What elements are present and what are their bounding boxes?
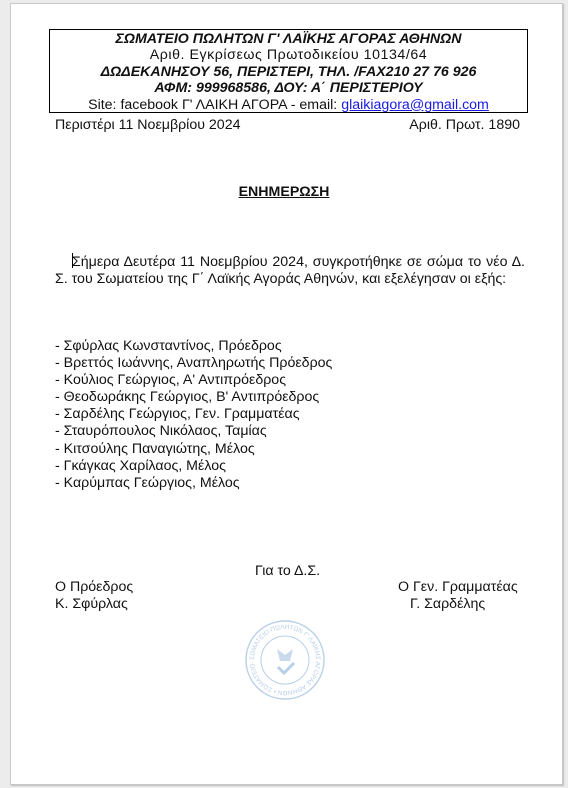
protocol-number: Αριθ. Πρωτ. 1890 <box>409 117 520 134</box>
date-line: Περιστέρι 11 Νοεμβρίου 2024 Αριθ. Πρωτ. … <box>55 117 520 134</box>
secretary-name: Γ. Σαρδέλης <box>398 596 518 613</box>
contact-line: Site: facebook Γ' ΛΑΙΚΗ ΑΓΟΡΑ - email: g… <box>50 97 527 113</box>
tax-info: ΑΦΜ: 999968586, ΔΟΥ: Α΄ ΠΕΡΙΣΤΕΡΙΟΥ <box>50 80 527 96</box>
board-member-item: - Γκάγκας Χαρίλαος, Μέλος <box>55 458 332 475</box>
board-member-item: - Βρεττός Ιωάννης, Αναπληρωτής Πρόεδρος <box>55 355 332 372</box>
board-member-item: - Κούλιος Γεώργιος, Α' Αντιπρόεδρος <box>55 372 332 389</box>
body-paragraph[interactable]: Σήμερα Δευτέρα 11 Νοεμβρίου 2024, συγκρο… <box>55 253 525 288</box>
president-role: Ο Πρόεδρος <box>55 579 133 596</box>
body-text: Σήμερα Δευτέρα 11 Νοεμβρίου 2024, συγκρο… <box>55 254 525 287</box>
board-member-item: - Σταυρόπουλος Νικόλαος, Ταμίας <box>55 423 332 440</box>
president-signature: Ο Πρόεδρος Κ. Σφύρλας <box>55 579 133 613</box>
board-members-list: - Σφύρλας Κωνσταντίνος, Πρόεδρος- Βρεττό… <box>55 338 332 492</box>
email-link[interactable]: glaikiagora@gmail.com <box>341 97 489 113</box>
board-member-item: - Σφύρλας Κωνσταντίνος, Πρόεδρος <box>55 338 332 355</box>
official-stamp-icon: ΣΩΜΑΤΕΙΟ ΠΩΛΗΤΩΝ Γ' ΛΑΪΚΗΣ ΑΓΟΡΑΣ ΑΘΗΝΩΝ… <box>244 619 326 701</box>
secretary-signature: Ο Γεν. Γραμματέας Γ. Σαρδέλης <box>398 579 518 613</box>
document-title: ΕΝΗΜΕΡΩΣΗ <box>0 184 568 200</box>
contact-prefix: Site: facebook Γ' ΛΑΙΚΗ ΑΓΟΡΑ - email: <box>88 97 341 113</box>
secretary-role: Ο Γεν. Γραμματέας <box>398 579 518 596</box>
board-member-item: - Κιτσούλης Παναγιώτης, Μέλος <box>55 441 332 458</box>
letterhead-box: ΣΩΜΑΤΕΙΟ ΠΩΛΗΤΩΝ Γ' ΛΑΪΚΗΣ ΑΓΟΡΑΣ ΑΘΗΝΩΝ… <box>49 29 528 113</box>
president-name: Κ. Σφύρλας <box>55 596 133 613</box>
place-date: Περιστέρι 11 Νοεμβρίου 2024 <box>55 117 240 133</box>
board-member-item: - Σαρδέλης Γεώργιος, Γεν. Γραμματέας <box>55 406 332 423</box>
address-phone: ΔΩΔΕΚΑΝΗΣΟΥ 56, ΠΕΡΙΣΤΕΡΙ, ΤΗΛ. /FAX210 … <box>50 64 527 80</box>
board-member-item: - Καρύμπας Γεώργιος, Μέλος <box>55 475 332 492</box>
for-board-label: Για το Δ.Σ. <box>255 563 320 579</box>
union-name: ΣΩΜΑΤΕΙΟ ΠΩΛΗΤΩΝ Γ' ΛΑΪΚΗΣ ΑΓΟΡΑΣ ΑΘΗΝΩΝ <box>50 31 527 47</box>
court-approval: Αριθ. Εγκρίσεως Πρωτοδικείου 10134/64 <box>50 47 527 63</box>
board-member-item: - Θεοδωράκης Γεώργιος, Β' Αντιπρόεδρος <box>55 389 332 406</box>
